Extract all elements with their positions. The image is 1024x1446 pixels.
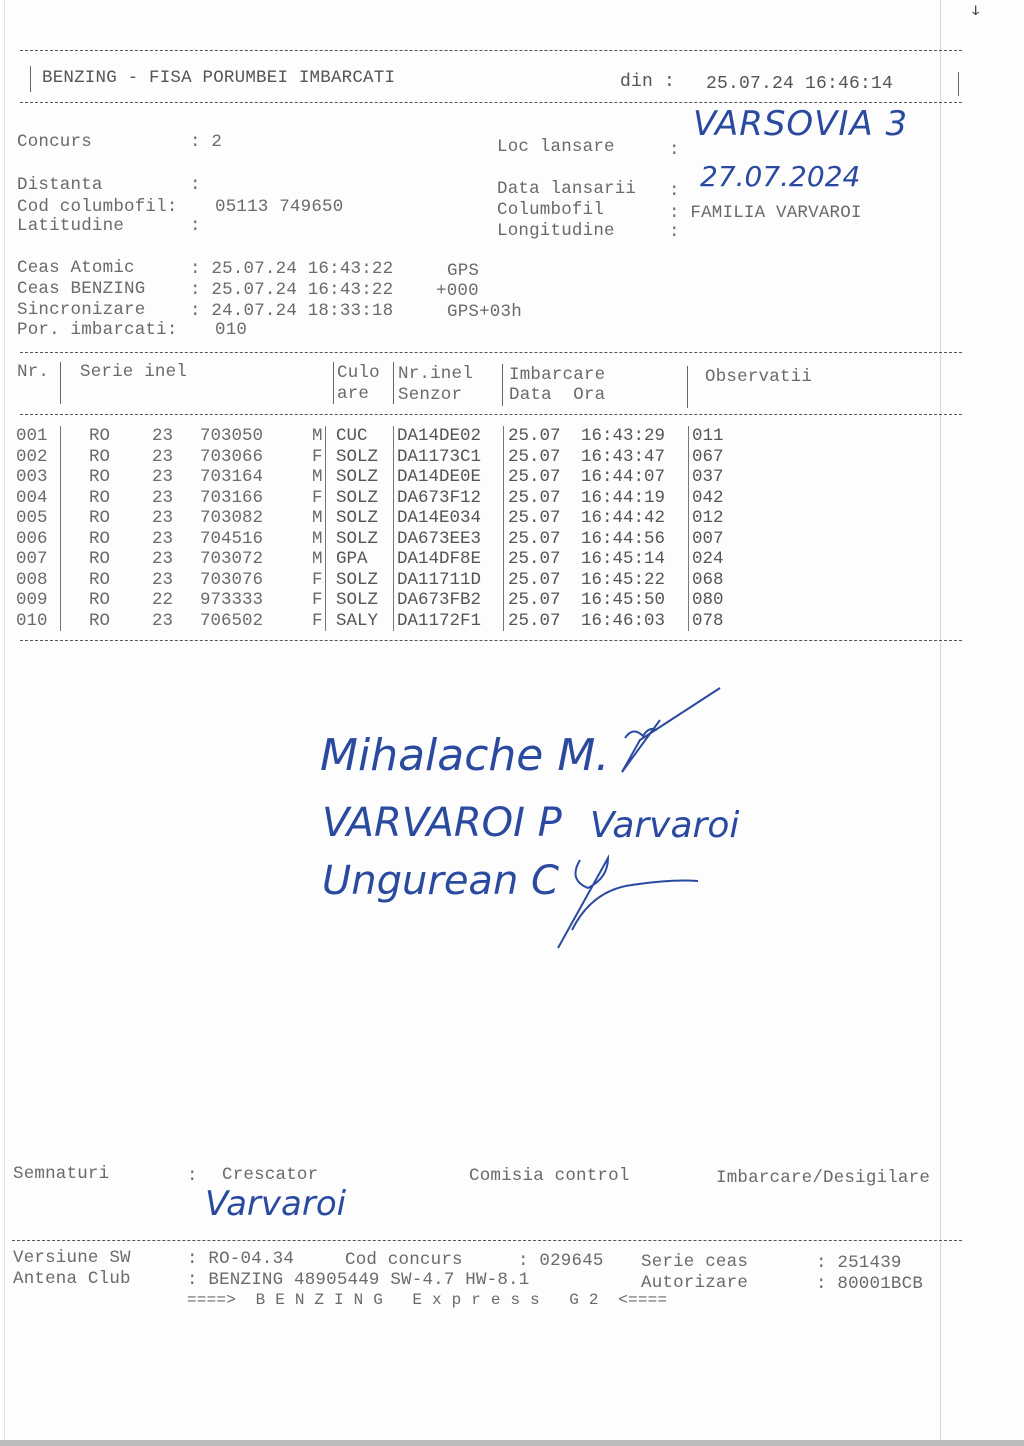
serie-ceas-label: Serie ceas (641, 1252, 748, 1272)
comisia-control-label: Comisia control (469, 1166, 630, 1186)
cell-obs: 037 (692, 467, 724, 487)
longitudine-value: : (669, 222, 680, 242)
col-divider (503, 570, 504, 591)
cell-date: 25.07 (508, 529, 561, 549)
cell-country: RO (89, 529, 110, 549)
col-divider (502, 364, 503, 406)
col-divider (687, 366, 688, 408)
cell-country: RO (89, 447, 110, 467)
autorizare-value: : 80001BCB (816, 1274, 923, 1294)
signature-mark-1 (600, 680, 730, 780)
cell-sensor: DA673F12 (397, 488, 481, 508)
cell-time: 16:44:56 (581, 529, 665, 549)
concurs-label: Concurs (17, 132, 92, 152)
cell-sex: F (312, 590, 323, 610)
crescator-signature: Varvaroi (205, 1184, 346, 1224)
col-header-imbarcare-2: Data Ora (509, 385, 605, 405)
cell-country: RO (89, 611, 110, 631)
col-divider (503, 508, 504, 529)
table-row: 009RO22973333FSOLZDA673FB225.0716:45:500… (16, 590, 736, 611)
col-divider (688, 508, 689, 529)
cell-ring: 706502 (200, 611, 263, 631)
col-divider (60, 362, 61, 404)
col-divider (393, 488, 394, 509)
semnaturi-label: Semnaturi (13, 1164, 109, 1184)
cell-color: SOLZ (336, 488, 378, 508)
ceas-benzing-suffix: +000 (436, 281, 479, 301)
col-divider (60, 426, 61, 447)
col-divider (325, 570, 326, 591)
cell-ring: 973333 (200, 590, 263, 610)
col-divider (333, 362, 334, 404)
signature-ungurean-name: Ungurean C (322, 858, 559, 904)
cell-year: 23 (152, 426, 173, 446)
cell-sensor: DA14E034 (397, 508, 481, 528)
scan-margin-line (4, 0, 5, 1446)
cell-year: 22 (152, 590, 173, 610)
ceas-benzing-value: : 25.07.24 16:43:22 (190, 280, 393, 300)
cell-color: SOLZ (336, 590, 378, 610)
cell-country: RO (89, 426, 110, 446)
table-row: 007RO23703072MGPADA14DF8E25.0716:45:1402… (16, 549, 736, 570)
signature-varvaroi-name: VARVAROI P (322, 800, 562, 846)
cell-country: RO (89, 570, 110, 590)
header-bottom-rule (20, 102, 962, 103)
col-header-observatii: Observatii (705, 367, 812, 387)
cell-obs: 011 (692, 426, 724, 446)
col-divider (503, 447, 504, 468)
cell-year: 23 (152, 611, 173, 631)
cell-sex: F (312, 611, 323, 631)
cell-sensor: DA11711D (397, 570, 481, 590)
antena-club-label: Antena Club (13, 1269, 131, 1289)
latitudine-value: : (190, 216, 201, 236)
col-divider (393, 362, 394, 404)
cell-color: SOLZ (336, 570, 378, 590)
cell-obs: 067 (692, 447, 724, 467)
cell-sex: F (312, 488, 323, 508)
cell-date: 25.07 (508, 611, 561, 631)
col-divider (60, 447, 61, 468)
col-divider (393, 529, 394, 550)
col-divider (503, 549, 504, 570)
cell-color: SOLZ (336, 529, 378, 549)
cell-obs: 078 (692, 611, 724, 631)
col-header-culoare-1: Culo (337, 363, 380, 383)
col-divider (688, 590, 689, 611)
col-divider (688, 611, 689, 632)
col-divider (503, 467, 504, 488)
col-divider (688, 488, 689, 509)
cell-nr: 004 (16, 488, 48, 508)
columbofil-label: Columbofil (497, 200, 604, 220)
cell-date: 25.07 (508, 508, 561, 528)
cell-nr: 006 (16, 529, 48, 549)
col-divider (503, 590, 504, 611)
header-left-bar (30, 66, 31, 92)
loc-lansare-label: Loc lansare (497, 137, 615, 157)
cell-nr: 007 (16, 549, 48, 569)
cell-obs: 012 (692, 508, 724, 528)
loc-lansare-colon: : (669, 140, 680, 160)
col-divider (393, 611, 394, 632)
col-divider (325, 447, 326, 468)
cell-obs: 042 (692, 488, 724, 508)
cell-sensor: DA673FB2 (397, 590, 481, 610)
cell-ring: 703076 (200, 570, 263, 590)
date-label: din : (620, 72, 675, 92)
por-imbarcati-label: Por. imbarcati: (17, 320, 178, 340)
col-divider (325, 549, 326, 570)
cell-nr: 005 (16, 508, 48, 528)
data-lansarii-handwritten: 27.07.2024 (700, 160, 860, 193)
cell-ring: 704516 (200, 529, 263, 549)
cell-color: CUC (336, 426, 368, 446)
imbarcare-desigilare-label: Imbarcare/Desigilare (716, 1168, 930, 1188)
col-divider (60, 508, 61, 529)
cell-ring: 703072 (200, 549, 263, 569)
col-divider (393, 467, 394, 488)
table-row: 006RO23704516MSOLZDA673EE325.0716:44:560… (16, 529, 736, 550)
loc-lansare-handwritten: VARSOVIA 3 (693, 104, 908, 144)
col-divider (325, 467, 326, 488)
col-header-senzor-2: Senzor (398, 385, 462, 405)
cell-year: 23 (152, 447, 173, 467)
cell-date: 25.07 (508, 488, 561, 508)
cell-date: 25.07 (508, 447, 561, 467)
cell-nr: 002 (16, 447, 48, 467)
cod-concurs-label: Cod concurs (345, 1250, 463, 1270)
table-bottom-rule (20, 640, 962, 641)
cell-time: 16:44:42 (581, 508, 665, 528)
col-divider (688, 447, 689, 468)
footer-rule (12, 1240, 962, 1241)
columbofil-value: : FAMILIA VARVAROI (669, 203, 862, 223)
col-divider (393, 570, 394, 591)
table-row: 010RO23706502FSALYDA1172F125.0716:46:030… (16, 611, 736, 632)
cell-date: 25.07 (508, 549, 561, 569)
cell-obs: 007 (692, 529, 724, 549)
cell-sex: M (312, 529, 323, 549)
cell-country: RO (89, 508, 110, 528)
col-divider (60, 529, 61, 550)
col-divider (325, 426, 326, 447)
cell-country: RO (89, 590, 110, 610)
cell-ring: 703166 (200, 488, 263, 508)
cell-nr: 010 (16, 611, 48, 631)
data-lansarii-label: Data lansarii (497, 179, 636, 199)
table-row: 002RO23703066FSOLZDA1173C125.0716:43:470… (16, 447, 736, 468)
ceas-atomic-value: : 25.07.24 16:43:22 (190, 259, 393, 279)
cell-color: SOLZ (336, 447, 378, 467)
col-divider (325, 488, 326, 509)
cell-sex: M (312, 549, 323, 569)
scan-bottom-edge (0, 1440, 1024, 1446)
cell-time: 16:44:19 (581, 488, 665, 508)
distanta-label: Distanta (17, 175, 103, 195)
ceas-atomic-suffix: GPS (447, 261, 479, 281)
cell-color: SOLZ (336, 467, 378, 487)
col-divider (688, 529, 689, 550)
table-row: 008RO23703076FSOLZDA11711D25.0716:45:220… (16, 570, 736, 591)
col-divider (503, 611, 504, 632)
col-divider (393, 447, 394, 468)
cell-date: 25.07 (508, 467, 561, 487)
cod-concurs-value: : 029645 (518, 1251, 604, 1271)
col-divider (325, 508, 326, 529)
por-imbarcati-value: 010 (215, 320, 247, 340)
cell-year: 23 (152, 529, 173, 549)
col-divider (60, 488, 61, 509)
table-header-rule (20, 414, 962, 415)
col-divider (393, 549, 394, 570)
latitudine-label: Latitudine (17, 216, 124, 236)
antena-club-value: : BENZING 48905449 SW-4.7 HW-8.1 (187, 1270, 529, 1290)
scan-fold-line (940, 0, 941, 1446)
cell-time: 16:43:47 (581, 447, 665, 467)
header-datetime: 25.07.24 16:46:14 (706, 74, 893, 94)
cell-country: RO (89, 549, 110, 569)
col-divider (393, 590, 394, 611)
col-divider (325, 611, 326, 632)
col-header-serie: Serie inel (80, 362, 187, 382)
col-divider (688, 426, 689, 447)
cell-nr: 003 (16, 467, 48, 487)
cell-year: 23 (152, 570, 173, 590)
col-divider (503, 426, 504, 447)
cell-year: 23 (152, 467, 173, 487)
cell-sex: F (312, 570, 323, 590)
concurs-value: : 2 (190, 132, 222, 152)
cell-sensor: DA14DE0E (397, 467, 481, 487)
col-divider (60, 590, 61, 611)
table-row: 003RO23703164MSOLZDA14DE0E25.0716:44:070… (16, 467, 736, 488)
corner-mark-icon: ↆ (972, 2, 980, 22)
col-header-senzor-1: Nr.inel (398, 364, 473, 384)
versiune-sw-value: : RO-04.34 (187, 1249, 294, 1269)
cell-sensor: DA14DF8E (397, 549, 481, 569)
cell-sex: F (312, 447, 323, 467)
cell-country: RO (89, 488, 110, 508)
cell-color: SOLZ (336, 508, 378, 528)
data-lansarii-colon: : (669, 181, 680, 201)
table-row: 005RO23703082MSOLZDA14E03425.0716:44:420… (16, 508, 736, 529)
header-top-rule (20, 50, 962, 51)
cell-color: SALY (336, 611, 378, 631)
cell-nr: 008 (16, 570, 48, 590)
cell-color: GPA (336, 549, 368, 569)
cell-sex: M (312, 508, 323, 528)
cell-ring: 703164 (200, 467, 263, 487)
cell-ring: 703082 (200, 508, 263, 528)
cell-sensor: DA14DE02 (397, 426, 481, 446)
cell-time: 16:43:29 (581, 426, 665, 446)
doc-title: BENZING - FISA PORUMBEI IMBARCATI (42, 68, 395, 88)
cell-sensor: DA1173C1 (397, 447, 481, 467)
col-divider (503, 529, 504, 550)
col-header-culoare-2: are (337, 384, 369, 404)
cell-time: 16:44:07 (581, 467, 665, 487)
cell-time: 16:45:14 (581, 549, 665, 569)
cod-columbofil-value: 05113 749650 (215, 197, 343, 217)
sincronizare-value: : 24.07.24 18:33:18 (190, 301, 393, 321)
signature-mihalache: Mihalache M. (320, 730, 609, 781)
col-divider (60, 611, 61, 632)
longitudine-label: Longitudine (497, 221, 615, 241)
col-divider (325, 529, 326, 550)
sincronizare-label: Sincronizare (17, 300, 145, 320)
col-divider (688, 467, 689, 488)
cell-year: 23 (152, 488, 173, 508)
cell-time: 16:45:50 (581, 590, 665, 610)
cell-year: 23 (152, 549, 173, 569)
col-divider (688, 549, 689, 570)
cell-date: 25.07 (508, 570, 561, 590)
crescator-label: Crescator (222, 1165, 318, 1185)
col-divider (393, 426, 394, 447)
cod-columbofil-label: Cod columbofil: (17, 197, 178, 217)
ceas-atomic-label: Ceas Atomic (17, 258, 135, 278)
col-divider (393, 508, 394, 529)
versiune-sw-label: Versiune SW (13, 1248, 131, 1268)
table-row: 001RO23703050MCUCDA14DE0225.0716:43:2901… (16, 426, 736, 447)
col-divider (60, 570, 61, 591)
col-divider (325, 590, 326, 611)
cell-sensor: DA1172F1 (397, 611, 481, 631)
cell-time: 16:46:03 (581, 611, 665, 631)
cell-obs: 068 (692, 570, 724, 590)
benzing-express-banner: ====> B E N Z I N G E x p r e s s G 2 <=… (187, 1290, 667, 1310)
cell-sex: M (312, 467, 323, 487)
sincronizare-suffix: GPS+03h (447, 302, 522, 322)
cell-year: 23 (152, 508, 173, 528)
distanta-value: : (190, 175, 201, 195)
cell-time: 16:45:22 (581, 570, 665, 590)
col-divider (60, 467, 61, 488)
cell-sex: M (312, 426, 323, 446)
cell-ring: 703066 (200, 447, 263, 467)
cell-country: RO (89, 467, 110, 487)
cell-nr: 009 (16, 590, 48, 610)
col-header-nr: Nr. (17, 362, 49, 382)
col-divider (688, 570, 689, 591)
col-header-imbarcare-1: Imbarcare (509, 365, 605, 385)
cell-sensor: DA673EE3 (397, 529, 481, 549)
col-divider (503, 488, 504, 509)
serie-ceas-value: : 251439 (816, 1253, 902, 1273)
cell-date: 25.07 (508, 426, 561, 446)
semnaturi-colon: : (187, 1166, 198, 1186)
signature-mark-2 (550, 840, 710, 960)
col-divider (60, 549, 61, 570)
cell-nr: 001 (16, 426, 48, 446)
cell-obs: 024 (692, 549, 724, 569)
header-right-bar (958, 72, 959, 96)
table-top-rule (20, 352, 962, 353)
ceas-benzing-label: Ceas BENZING (17, 279, 145, 299)
cell-date: 25.07 (508, 590, 561, 610)
cell-ring: 703050 (200, 426, 263, 446)
table-row: 004RO23703166FSOLZDA673F1225.0716:44:190… (16, 488, 736, 509)
cell-obs: 080 (692, 590, 724, 610)
